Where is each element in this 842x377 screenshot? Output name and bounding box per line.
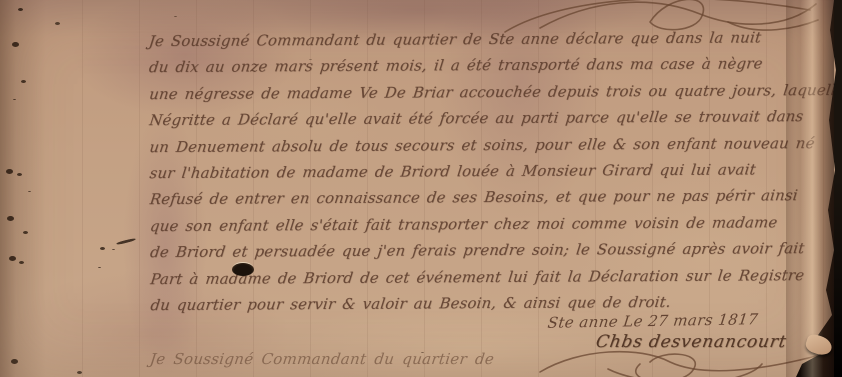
dateline: Ste anne Le 27 mars 1817 [547, 310, 760, 332]
register-page: Je Soussigné Commandant du quartier de S… [0, 0, 842, 377]
page-edge-fold [786, 0, 834, 377]
manuscript-line: du dix au onze mars présent mois, il a é… [147, 51, 830, 82]
ink-specks [0, 0, 5, 3]
signature: Chbs desvenancourt [594, 332, 788, 352]
ink-mark [116, 238, 136, 246]
manuscript-scan: Je Soussigné Commandant du quartier de S… [0, 0, 842, 377]
manuscript-line: un Denuement absolu de tous secours et s… [148, 130, 831, 161]
manuscript-line: Refusé de entrer en connaissance de ses … [148, 183, 831, 214]
manuscript-line: de Briord et persuadée que j'en ferais p… [149, 236, 832, 267]
manuscript-line: Négritte a Déclaré qu'elle avait été for… [148, 104, 831, 135]
manuscript-text: Je Soussigné Commandant du quartier de S… [147, 25, 829, 319]
page-hole [232, 263, 254, 276]
next-entry-first-line: Je Soussigné Commandant du quartier de [149, 350, 495, 368]
